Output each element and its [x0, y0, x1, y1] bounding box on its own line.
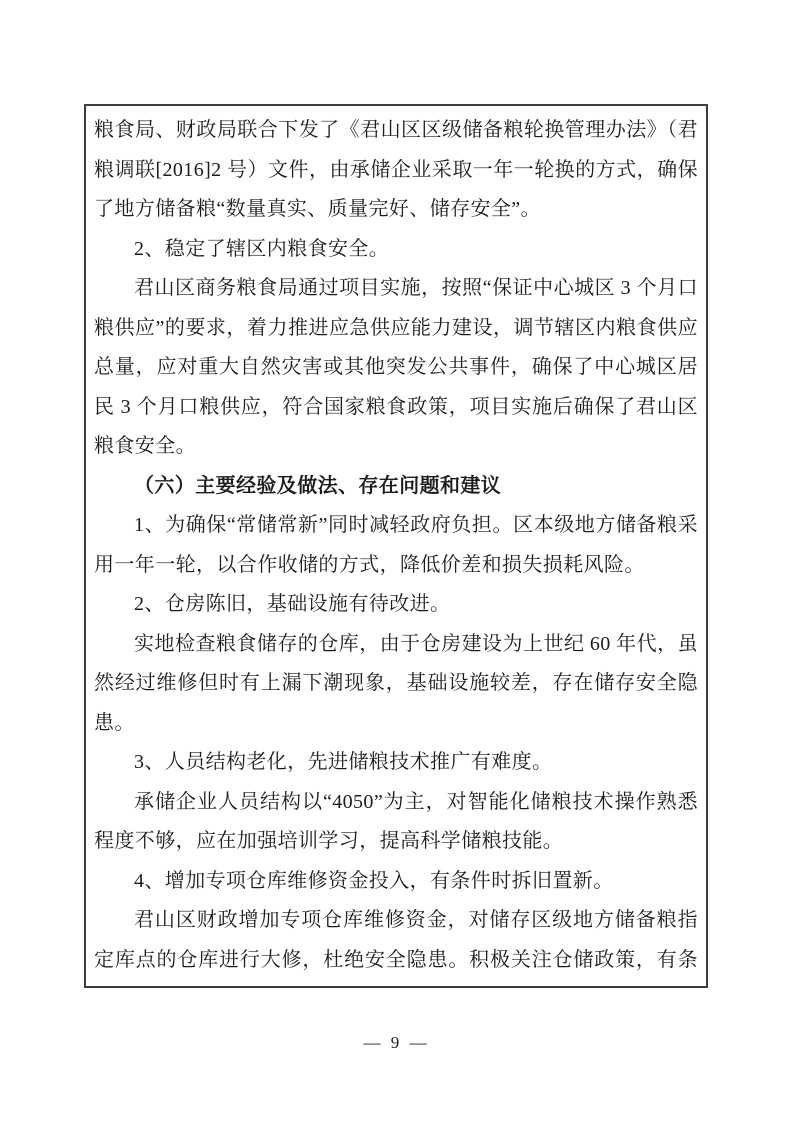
document-body: 粮食局、财政局联合下发了《君山区区级储备粮轮换管理办法》（君粮调联[2016]2… — [94, 111, 698, 988]
report-content-border-box: 粮食局、财政局联合下发了《君山区区级储备粮轮换管理办法》（君粮调联[2016]2… — [84, 104, 708, 988]
paragraph: 粮食局、财政局联合下发了《君山区区级储备粮轮换管理办法》（君粮调联[2016]2… — [94, 111, 698, 230]
document-page: 粮食局、财政局联合下发了《君山区区级储备粮轮换管理办法》（君粮调联[2016]2… — [0, 0, 793, 1122]
paragraph: 2、稳定了辖区内粮食安全。 — [94, 230, 698, 270]
paragraph: 3、人员结构老化，先进储粮技术推广有难度。 — [94, 743, 698, 783]
paragraph: 君山区财政增加专项仓库维修资金，对储存区级地方储备粮指定库点的仓库进行大修，杜绝… — [94, 901, 698, 988]
page-footer: — 9 — — [0, 1033, 793, 1053]
page-number: — 9 — — [364, 1033, 430, 1052]
paragraph: 君山区商务粮食局通过项目实施，按照“保证中心城区 3 个月口粮供应”的要求，着力… — [94, 269, 698, 467]
paragraph: 4、增加专项仓库维修资金投入，有条件时拆旧置新。 — [94, 862, 698, 902]
section-heading: （六）主要经验及做法、存在问题和建议 — [94, 467, 698, 507]
paragraph: 1、为确保“常储常新”同时减轻政府负担。区本级地方储备粮采用一年一轮，以合作收储… — [94, 506, 698, 585]
paragraph: 2、仓房陈旧，基础设施有待改进。 — [94, 585, 698, 625]
paragraph: 承储企业人员结构以“4050”为主，对智能化储粮技术操作熟悉程度不够，应在加强培… — [94, 783, 698, 862]
paragraph: 实地检查粮食储存的仓库，由于仓房建设为上世纪 60 年代，虽然经过维修但时有上漏… — [94, 625, 698, 744]
